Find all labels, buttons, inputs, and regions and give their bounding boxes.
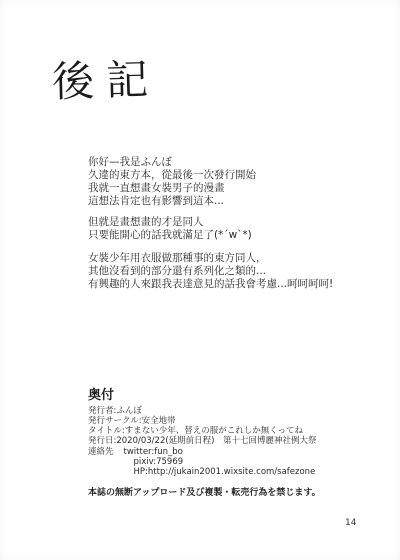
colophon-date: 発行日:2020/03/22(延期前日程) 第十七回博麗神社例大祭 [88,436,317,446]
page-number: 14 [345,518,356,528]
contact-homepage: HP:http://jukain2001.wixsite.com/safezon… [124,467,316,477]
colophon-heading: 奥付 [88,384,317,403]
contact-pixiv: pixiv:75969 [124,457,316,467]
paragraph-line: 女裝少年用衣服做那種事的東方同人， [88,252,333,265]
contact-label: 連絡先 [88,447,114,457]
paragraph-line: 其他沒看到的部分還有系列化之類的... [88,265,333,278]
paragraph-line: 但就是畫想畫的才是同人 [88,216,252,229]
contact-lines: twitter:fun_bo pixiv:75969 HP:http://juk… [124,447,316,477]
paragraph-line: 你好—我是ふんぼ [88,156,256,169]
paragraph-line: 只要能開心的話我就滿足了(*ˊwˋ*) [88,229,252,242]
colophon-circle: 発行サークル:安全地帯 [88,416,317,426]
copyright-notice: 本誌の無断アップロード及び複製・転売行為を禁じます。 [88,485,321,498]
colophon-publisher: 発行者:ふんぼ [88,406,317,416]
paragraph-line: 這想法肯定也有影響到這本... [88,195,256,208]
paragraph-line: 有興趣的人來跟我表達意見的話我會考慮...呵呵呵呵! [88,278,333,291]
paragraph-line: 我就一直想畫女裝男子的漫畫 [88,182,256,195]
contact-twitter: twitter:fun_bo [124,447,316,457]
paragraph-line: 久違的東方本，從最後一次發行開始 [88,169,256,182]
contact-block: 連絡先 twitter:fun_bo pixiv:75969 HP:http:/… [88,447,315,477]
doujin-afterword-page: 後記 你好—我是ふんぼ 久違的東方本，從最後一次發行開始 我就一直想畫女裝男子的… [0,0,400,560]
afterword-paragraph-1: 你好—我是ふんぼ 久違的東方本，從最後一次發行開始 我就一直想畫女裝男子的漫畫 … [88,156,256,208]
colophon-title: タイトル:すまない少年、替えの服がこれしか無くってね [88,426,317,436]
colophon-block: 奥付 発行者:ふんぼ 発行サークル:安全地帯 タイトル:すまない少年、替えの服が… [88,384,317,446]
afterword-paragraph-2: 但就是畫想畫的才是同人 只要能開心的話我就滿足了(*ˊwˋ*) [88,216,252,242]
page-title: 後記 [51,47,161,110]
afterword-paragraph-3: 女裝少年用衣服做那種事的東方同人， 其他沒看到的部分還有系列化之類的... 有興… [88,252,333,291]
